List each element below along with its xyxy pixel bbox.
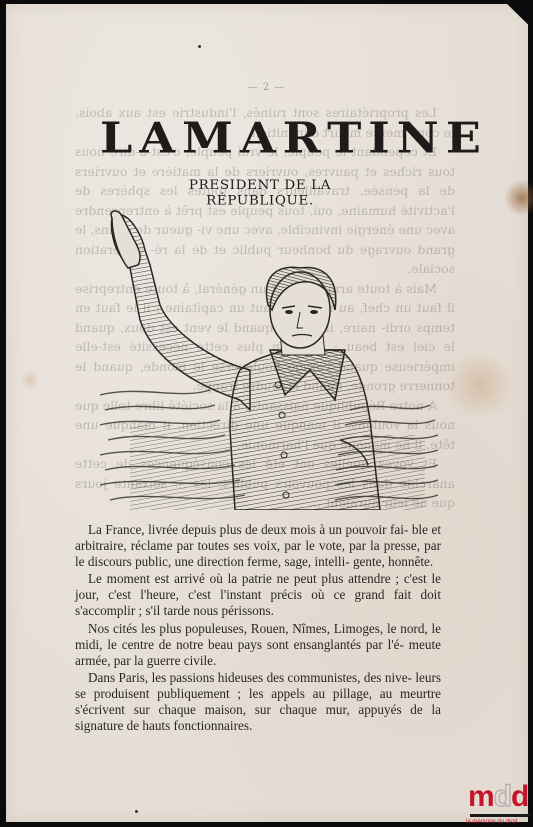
foxing-stain [505,178,533,218]
portrait-illustration-icon [100,210,440,510]
paragraph: Dans Paris, les passions hideuses des co… [75,670,441,734]
logo-bar [470,814,530,817]
logo-tagline: la mémoire du droit [466,819,532,825]
foxing-stain [440,355,520,415]
page-number: — 2 — [0,82,533,93]
paragraph: La France, livrée depuis plus de deux mo… [75,522,441,570]
paragraph: Le moment est arrivé où la patrie ne peu… [75,571,441,619]
body-text: La France, livrée depuis plus de deux mo… [75,522,441,735]
paragraph: Nos cités les plus populeuses, Rouen, Nî… [75,621,441,669]
logo-mark: mdd [468,783,528,811]
ink-speck [198,45,201,48]
mdd-watermark-logo: mdd la mémoire du droit [466,783,532,827]
foxing-stain [20,370,40,390]
page-title: LAMARTINE [100,114,420,162]
page-subtitle: PRESIDENT DE LA RÉPUBLIQUE. [140,178,380,208]
portrait-engraving [100,210,440,510]
ink-speck [135,810,138,813]
